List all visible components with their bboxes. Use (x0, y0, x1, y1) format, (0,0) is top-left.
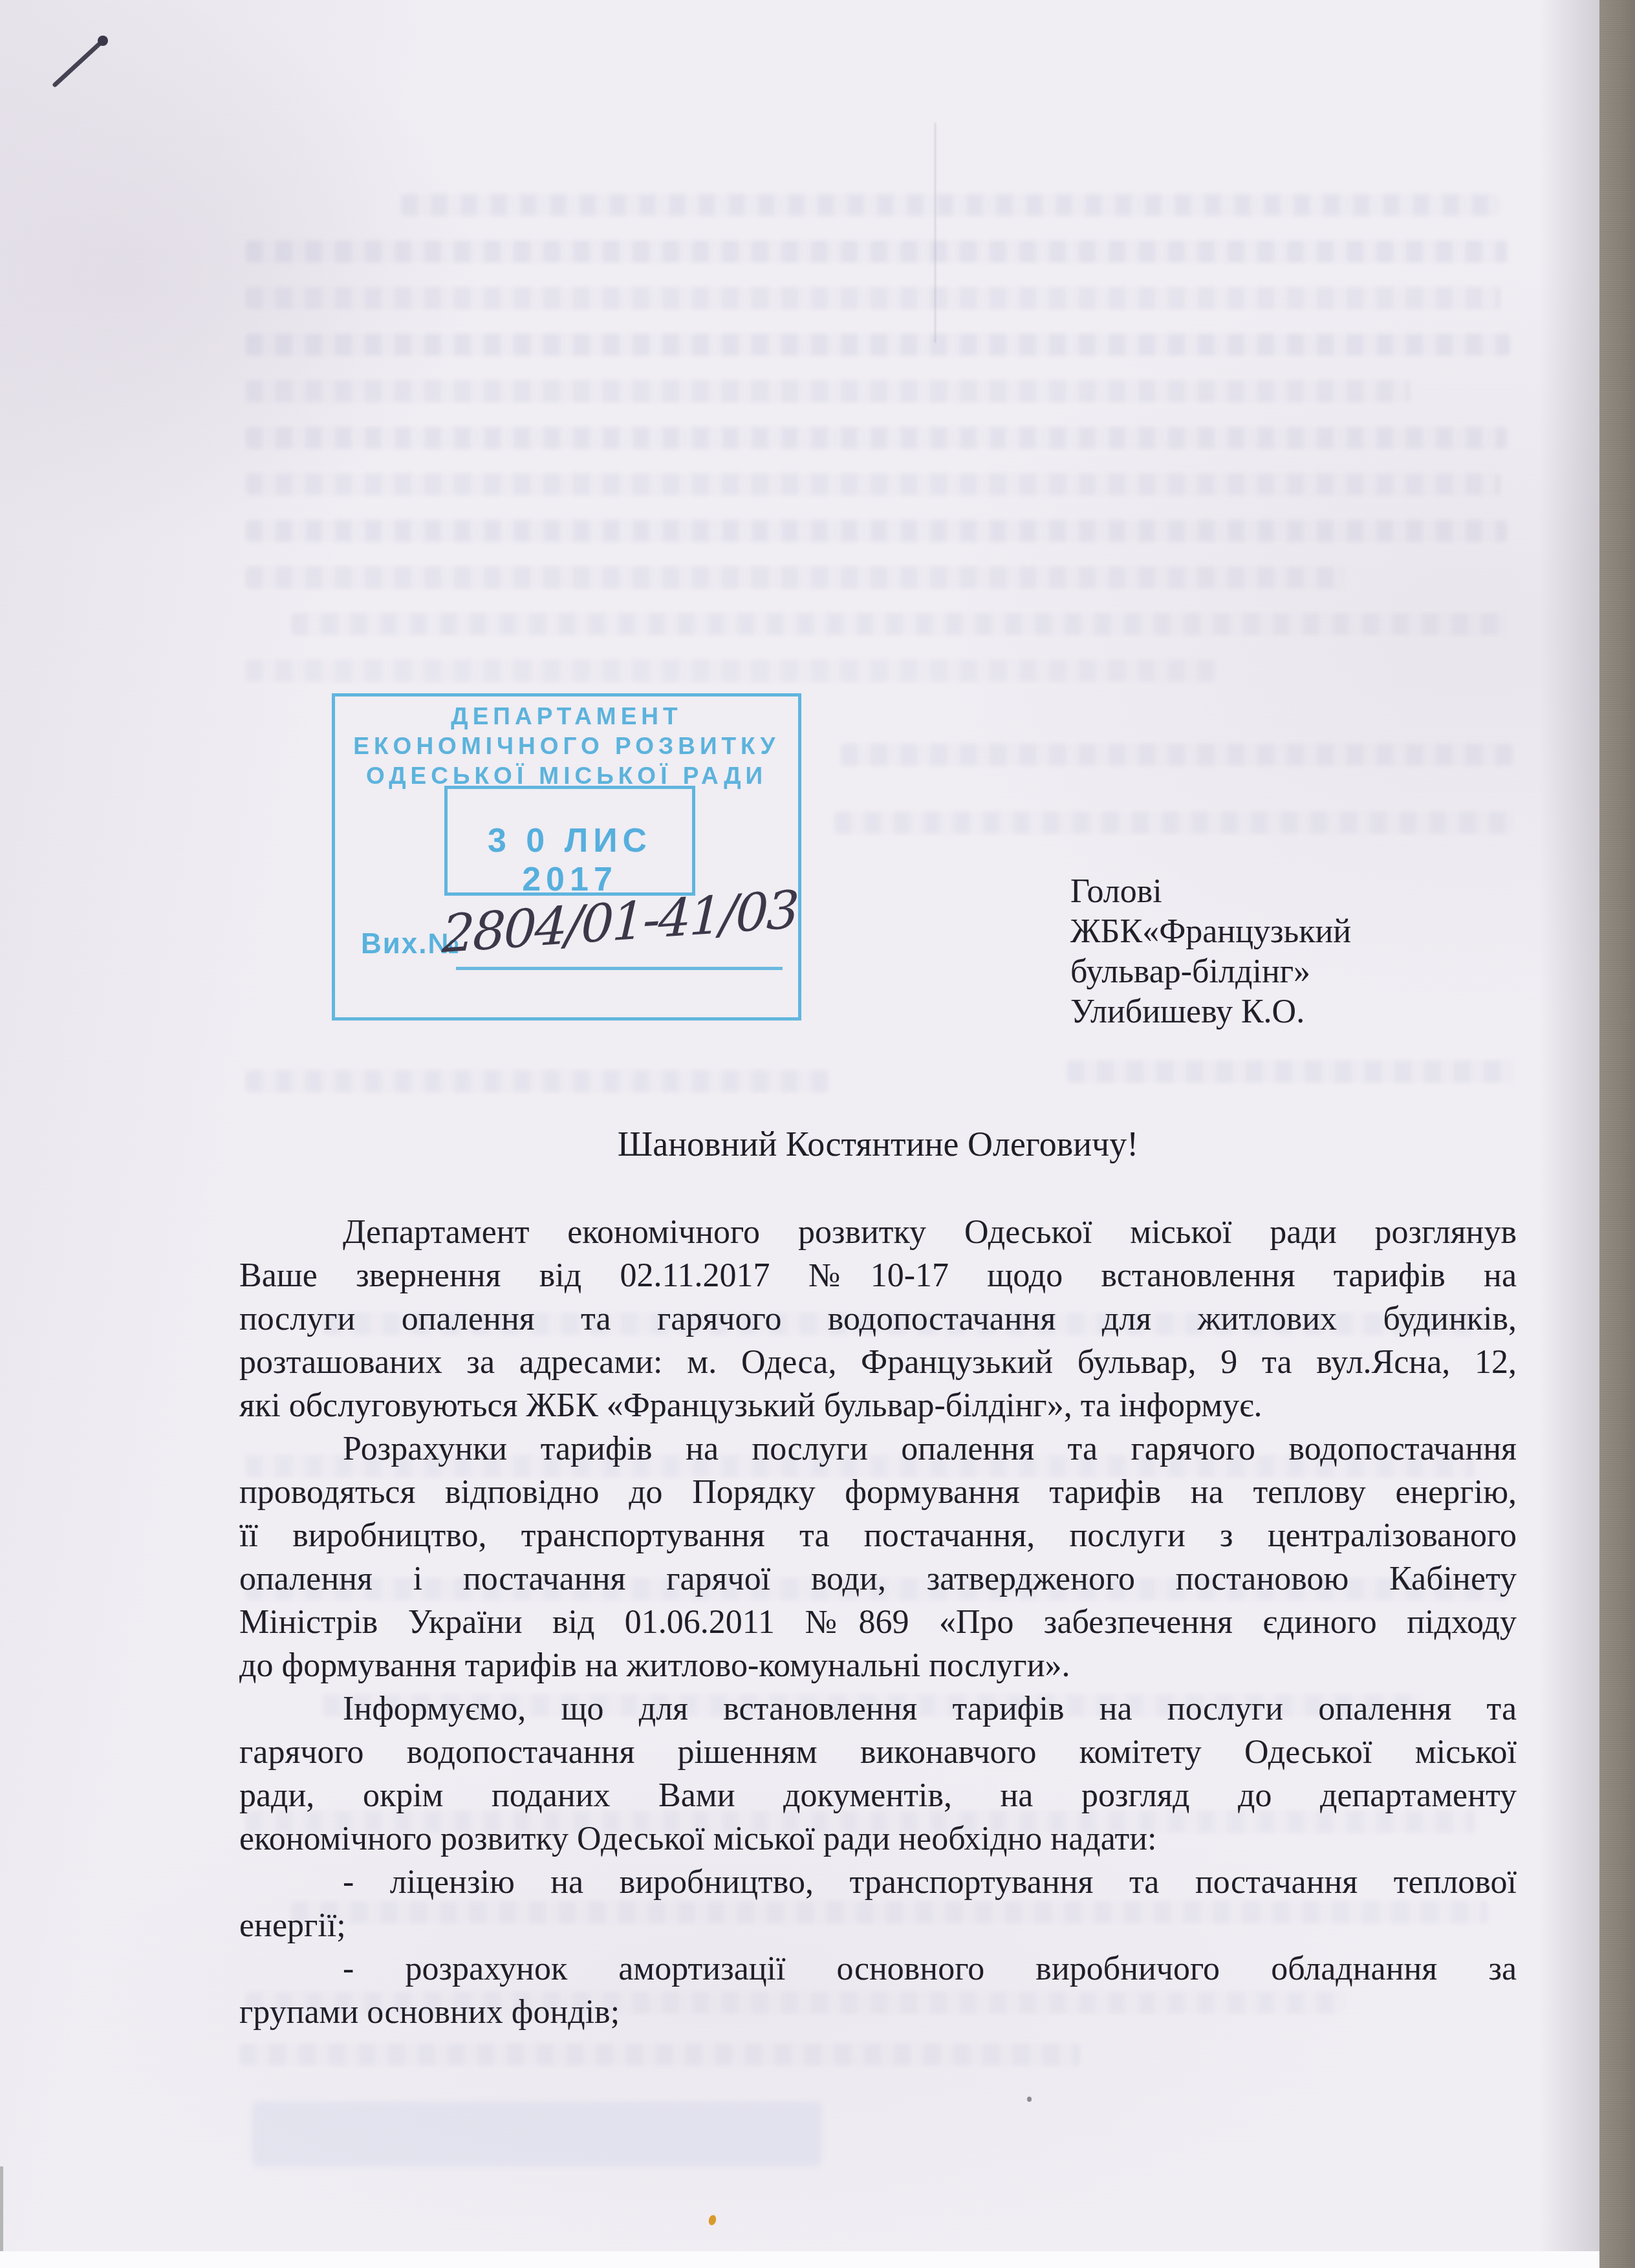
body-line-p1-l3: послуги опалення та гарячого водопостача… (239, 1297, 1517, 1341)
stamp-date-box: 3 0 ЛИС 2017 (444, 786, 695, 896)
body-line-p3-l4: економічного розвитку Одеської міської р… (239, 1817, 1517, 1861)
registration-stamp: ДЕПАРТАМЕНТ ЕКОНОМІЧНОГО РОЗВИТКУ ОДЕСЬК… (332, 693, 801, 1021)
scan-bottom-band (0, 2251, 1599, 2268)
stamp-ref-underline (456, 967, 783, 970)
bleedthrough-line (246, 660, 1216, 682)
body-line-p2-l4: опалення і постачання гарячої води, затв… (239, 1557, 1517, 1601)
body-line-p1-l2: Ваше звернення від 02.11.2017 №10-17 щод… (239, 1254, 1517, 1297)
bleedthrough-line (841, 744, 1513, 766)
bleedthrough-line (246, 334, 1510, 356)
body-line-p2-l5: Міністрів України від 01.06.2011 №869 «П… (239, 1601, 1517, 1644)
letter-body: Департамент економічного розвитку Одеськ… (239, 1211, 1517, 2034)
body-line-p3-l3: ради, окрім поданих Вами документів, на … (239, 1774, 1517, 1817)
bleedthrough-line (246, 520, 1507, 542)
bleedthrough-line (239, 2044, 1080, 2066)
recipient-title: Голові (1070, 872, 1351, 912)
body-line-p2-l2: проводяться відповідно до Порядку формув… (239, 1471, 1517, 1514)
stamp-date: 3 0 ЛИС 2017 (448, 821, 692, 899)
recipient-org-1: ЖБК«Французький (1070, 912, 1351, 952)
stamp-org-line1: ДЕПАРТАМЕНТ (335, 702, 798, 731)
bleedthrough-line (246, 1070, 828, 1092)
bleedthrough-line (246, 567, 1345, 589)
bleedthrough-block (252, 2102, 821, 2166)
body-line-p4-l1: - ліцензію на виробництво, транспортуван… (239, 1861, 1517, 1904)
pen-mark-icon (0, 0, 168, 129)
bleedthrough-line (246, 287, 1500, 309)
body-line-p2-l1: Розрахунки тарифів на послуги опалення т… (239, 1427, 1517, 1471)
recipient-person: Улибишеву К.О. (1070, 992, 1351, 1032)
paper-speck (1027, 2097, 1032, 2102)
paper-sheet: ДЕПАРТАМЕНТ ЕКОНОМІЧНОГО РОЗВИТКУ ОДЕСЬК… (0, 0, 1599, 2268)
bleedthrough-line (1067, 1061, 1513, 1083)
paper-speck (708, 2214, 717, 2226)
body-line-p1-l5: які обслуговуються ЖБК «Французький буль… (239, 1384, 1517, 1427)
paper-edge-shadow (1539, 0, 1599, 2268)
body-line-p2-l6: до формування тарифів на житлово-комунал… (239, 1644, 1517, 1687)
body-line-p2-l3: її виробництво, транспортування та поста… (239, 1514, 1517, 1557)
recipient-org-2: бульвар-білдінг» (1070, 952, 1351, 992)
bleedthrough-line (246, 473, 1500, 495)
scanner-background (1599, 0, 1635, 2268)
scan-edge-artifact (0, 2166, 3, 2251)
body-line-p5-l2: групами основних фондів; (239, 1991, 1517, 2034)
stamp-org-line2: ЕКОНОМІЧНОГО РОЗВИТКУ (335, 731, 798, 761)
body-line-p5-l1: - розрахунок амортизації основного вироб… (239, 1947, 1517, 1991)
recipient-block: Голові ЖБК«Французький бульвар-білдінг» … (1070, 872, 1351, 1032)
bleedthrough-line (834, 812, 1513, 834)
paper-crease (935, 123, 936, 343)
bleedthrough-line (246, 241, 1507, 263)
bleedthrough-line (401, 194, 1500, 216)
bleedthrough-line (246, 427, 1507, 449)
body-line-p3-l1: Інформуємо, що для встановлення тарифів … (239, 1687, 1517, 1731)
body-line-p4-l2: енергії; (239, 1904, 1517, 1947)
bleedthrough-line (246, 380, 1410, 402)
body-line-p1-l1: Департамент економічного розвитку Одеськ… (239, 1211, 1517, 1254)
bleedthrough-line (291, 613, 1507, 635)
body-line-p3-l2: гарячого водопостачання рішенням виконав… (239, 1731, 1517, 1774)
salutation: Шановний Костянтине Олеговичу! (239, 1124, 1517, 1164)
body-line-p1-l4: розташованих за адресами: м. Одеса, Фран… (239, 1341, 1517, 1384)
